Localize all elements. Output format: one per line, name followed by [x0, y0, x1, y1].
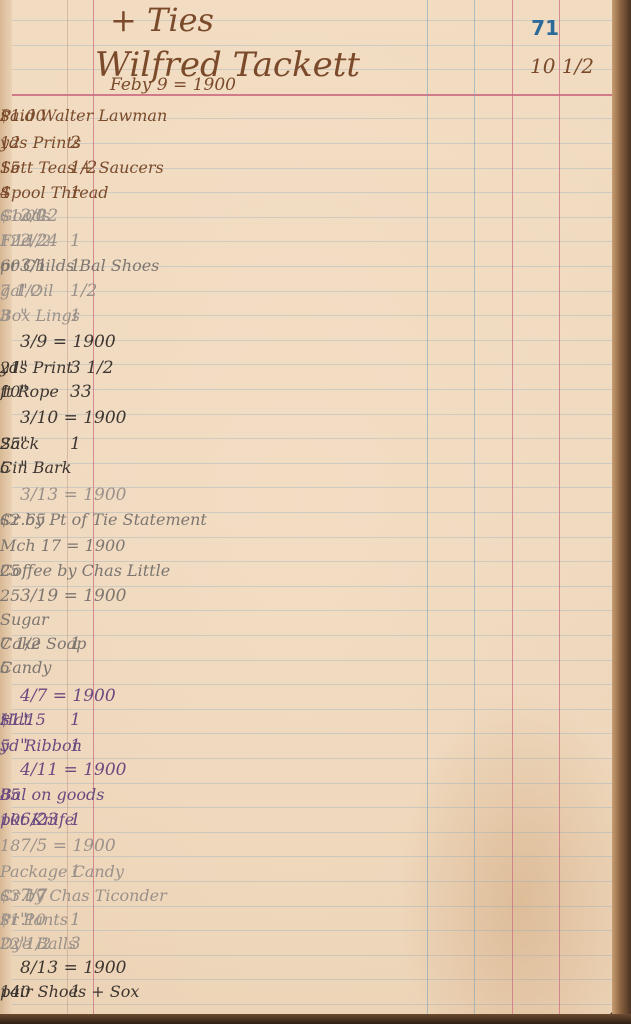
ledger-entry-row: Cr by Pt of Tie Statement$2.65	[0, 512, 612, 536]
entry-date: 3/19 = 1900	[20, 588, 127, 605]
entry-amount: 10	[0, 384, 20, 400]
header-double-rule	[12, 94, 612, 96]
ledger-entry-row: Mch 17 = 1900	[0, 538, 612, 562]
entry-amount: 15	[0, 160, 20, 176]
ledger-entry-row: 2yds Prints12	[0, 135, 612, 159]
top-note: + Ties	[110, 4, 214, 36]
folio-reference: 10 1/2	[530, 56, 594, 76]
ledger-entry-row: 7/7Cr by Chas Ticonder$3.17	[0, 888, 612, 912]
ledger-entry-row: "1/2gal Oil7 1/2	[0, 283, 612, 307]
entry-amount: 25	[0, 563, 20, 579]
entry-quantity: 3 1/2	[70, 360, 114, 377]
entry-amount: 25	[0, 588, 20, 604]
ledger-entry-row: 2/241File12 1/2	[0, 233, 612, 257]
entry-quantity: 1	[70, 436, 81, 453]
ledger-entry-row: "Cin Bark5	[0, 460, 612, 484]
entry-amount: 7 1/2	[0, 283, 41, 299]
ledger-entry-row: "1Box Lings3	[0, 308, 612, 332]
entry-description: Mch 17 = 1900	[0, 538, 125, 554]
ledger-entry-row: "1Sack25	[0, 436, 612, 460]
ledger-entry-row: 4/7 = 1900	[0, 688, 612, 712]
entry-description: Coffee by Chas Little	[0, 563, 170, 579]
ledger-entry-row: "1Pr Pants$1.10	[0, 912, 612, 936]
entry-amount: 25	[0, 436, 20, 452]
ledger-entry-row: "3Dye Balls22 1/2	[0, 936, 612, 960]
entry-amount: 5	[0, 660, 10, 676]
entry-amount: 21	[0, 360, 20, 376]
ledger-entry-row: 4/11 = 1900	[0, 762, 612, 786]
entry-description: Spool Thread	[0, 185, 109, 201]
entry-date: 8/13 = 1900	[20, 960, 127, 977]
entry-amount: 12	[0, 135, 20, 151]
ledger-entry-row: 3/10 = 1900	[0, 410, 612, 434]
entry-amount: 140	[0, 984, 31, 1000]
entry-amount: 3	[0, 308, 10, 324]
entry-description: Package Candy	[0, 864, 124, 880]
entry-description: yd Ribbon	[0, 738, 82, 754]
entry-amount: $1.10	[0, 912, 46, 928]
entry-date: 4/11 = 1900	[20, 762, 127, 779]
entry-quantity: 1	[70, 912, 81, 929]
ledger-entry-row: Candy5	[0, 660, 612, 684]
entry-description: Sugar	[0, 612, 49, 628]
entry-quantity: 1	[70, 712, 81, 729]
ledger-entry-row: 1pair Shoes + Sox140	[0, 984, 612, 1008]
entry-amount: 7 1/2	[0, 636, 41, 652]
ledger-entry-row: 8/13 = 1900	[0, 960, 612, 984]
ledger-entry-row: "1yd Ribbon5	[0, 738, 612, 762]
ruled-line	[12, 684, 612, 685]
ledger-entry-row: "33ft Rope10	[0, 384, 612, 408]
page-number: 71	[531, 18, 559, 38]
ledger-entry-row: 3/13 = 1900	[0, 487, 612, 511]
entry-balance: $2.65	[0, 512, 46, 528]
entry-amount: 60	[0, 258, 20, 274]
entry-description: Box Lings	[0, 308, 80, 324]
entry-quantity: 33	[70, 384, 92, 401]
entry-date: 3/10 = 1900	[20, 410, 127, 427]
entry-description: Cin Bark	[0, 460, 71, 476]
book-bottom-edge	[0, 1014, 631, 1024]
entry-amount: 5	[0, 460, 10, 476]
ledger-entry-row: "1Hat$1.15	[0, 712, 612, 736]
ledger-entry-row: 1/2Sett Teas + Saucers15	[0, 160, 612, 184]
ruled-line	[12, 20, 612, 21]
entry-balance: $3.17	[0, 888, 46, 904]
entry-quantity: 1/2	[70, 283, 97, 300]
ledger-entry-row: Sugar	[0, 612, 612, 636]
ledger-entry-row: Paid Walter Lawman$1.00	[0, 108, 612, 132]
entry-amount: $1.15	[0, 712, 46, 728]
entry-date: 7/5 = 1900	[20, 838, 116, 855]
entry-amount: 12 1/2	[0, 233, 51, 249]
ledger-entry-row: 2/22Goods$1.00	[0, 208, 612, 232]
ledger-entry-row: Bal on goods85	[0, 787, 612, 811]
ledger-entry-row: 3/19 = 190025	[0, 588, 612, 612]
ledger-entry-row: 3/9 = 1900	[0, 334, 612, 358]
entry-amount: 18	[0, 838, 20, 854]
entry-date: 3/9 = 1900	[20, 334, 116, 351]
entry-amount: 5	[0, 738, 10, 754]
entry-description: Sett Teas + Saucers	[0, 160, 164, 176]
ledger-entry-row: 1Package Candy	[0, 864, 612, 888]
entry-date: 4/7 = 1900	[20, 688, 116, 705]
ledger-entry-row: 7/5 = 190018	[0, 838, 612, 862]
entry-date: 3/13 = 1900	[20, 487, 127, 504]
ledger-entry-row: 3/11pr Childs Bal Shoes60	[0, 258, 612, 282]
entry-amount: 22 1/2	[0, 936, 51, 952]
ledger-entry-row: Coffee by Chas Little25	[0, 563, 612, 587]
opening-date: Feby 9 = 1900	[110, 77, 236, 94]
entry-amount: 4	[0, 185, 10, 201]
ledger-page: 71 + Ties Wilfred Tackett Feby 9 = 1900 …	[0, 0, 614, 1016]
ledger-entry-row: "3 1/2yds Print21	[0, 360, 612, 384]
entry-amount: 10	[0, 812, 20, 828]
ledger-entry-row: 1Cake Soap7 1/2	[0, 636, 612, 660]
book-binding	[612, 0, 631, 1024]
entry-quantity: 1	[70, 233, 81, 250]
entry-description: pr Childs Bal Shoes	[0, 258, 159, 274]
entry-amount: $1.00	[0, 108, 46, 124]
ledger-entry-row: 1Spool Thread4	[0, 185, 612, 209]
entry-amount: 85	[0, 787, 20, 803]
entry-amount: $1.00	[0, 208, 46, 224]
ledger-entry-row: 6/231pkt Knife10	[0, 812, 612, 836]
